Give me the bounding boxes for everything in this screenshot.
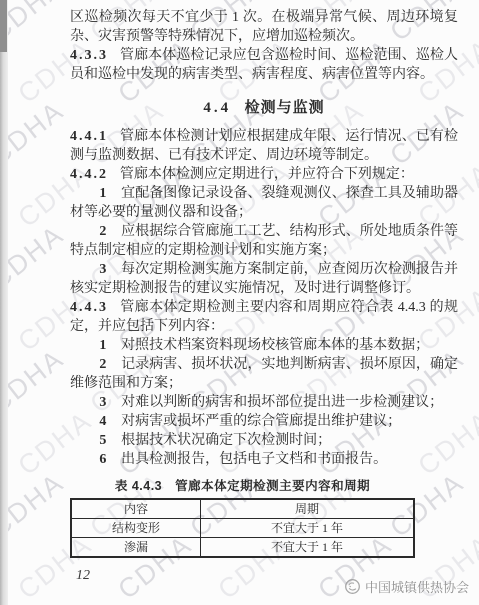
table-header-row: 内容 周期 [71,499,414,519]
clause-text: 管廊本体巡检记录应包含巡检时间、巡检范围、巡检人员和巡检中发现的病害类型、病害程… [70,48,458,82]
table-header-content: 内容 [71,499,201,519]
list-item: 1对照技术档案资料现场校核管廊本体的基本数据； [70,336,458,355]
scan-edge-shadow [0,0,7,52]
table-cell: 结构变形 [71,519,201,538]
paragraph-text: 区巡检频次每天不宜少于 1 次。在极端异常气候、周边环境复杂、灾害预警等特殊情况… [70,10,458,44]
cdha-logo-icon [344,578,361,595]
clause-4-4-3: 4.4.3管廊本体定期检测主要内容和周期应符合表 4.4.3 的规定，并应包括下… [70,298,458,336]
clause-number: 4.3.3 [70,48,108,63]
watermark-text: CDHA [0,95,70,171]
document-page: CDHACDHACDHACDHACDHACDHACDHACDHACDHACDHA… [0,0,479,605]
table-cell: 渗漏 [71,538,201,558]
clause-text: 管廊本体检测计划应根据建成年限、运行情况、已有检测与监测数据、已有技术评定、周边… [70,129,458,163]
item-number: 1 [99,186,106,201]
item-text: 出具检测报告，包括电子文档和书面报告。 [121,452,387,467]
item-text: 对照技术档案资料现场校核管廊本体的基本数据； [121,338,429,353]
clause-number: 4.4.3 [70,300,108,315]
section-number: 4.4 [203,100,231,116]
table-cell: 不宜大于 1 年 [201,538,414,558]
list-item: 2记录病害、损坏状况，实地判断病害、损坏原因，确定维修范围和方案； [70,355,458,393]
item-number: 6 [99,452,106,467]
item-number: 4 [99,414,106,429]
section-title: 检测与监测 [245,100,325,116]
clause-number: 4.4.2 [70,167,108,182]
table-row: 结构变形 不宜大于 1 年 [71,519,414,538]
list-item: 5根据技术状况确定下次检测时间； [70,431,458,450]
item-number: 1 [99,338,106,353]
item-number: 3 [99,395,106,410]
watermark-text: CDHA [0,0,70,48]
item-number: 2 [99,224,106,239]
item-text: 对难以判断的病害和损坏部位提出进一步检测建议； [121,395,443,410]
scan-edge [0,0,8,605]
item-text: 记录病害、损坏状况，实地判断病害、损坏原因，确定维修范围和方案； [70,357,458,391]
section-heading: 4.4检测与监测 [70,96,458,117]
table-caption: 表 4.4.3 管廊本体定期检测主要内容和周期 [70,476,415,494]
clause-4-4-2: 4.4.2管廊本体检测应定期进行，并应符合下列规定： [70,165,458,184]
watermark-text: CDHA [0,219,70,295]
clause-number: 4.4.1 [70,129,108,144]
list-item: 3对难以判断的病害和损坏部位提出进一步检测建议； [70,393,458,412]
table-cell: 不宜大于 1 年 [201,519,414,538]
table-row: 渗漏 不宜大于 1 年 [71,538,414,558]
list-item: 4对病害或损坏严重的综合管廊提出维护建议； [70,412,458,431]
list-item: 1宜配备图像记录设备、裂缝观测仪、探查工具及辅助器材等必要的量测仪器和设备； [70,184,458,222]
item-text: 每次定期检测实施方案制定前，应查阅历次检测报告并核实定期检测报告的建议实施情况，… [70,262,458,296]
watermark-text: CDHA [0,467,70,543]
clause-4-3-3: 4.3.3管廊本体巡检记录应包含巡检时间、巡检范围、巡检人员和巡检中发现的病害类… [70,46,458,84]
item-number: 2 [99,357,106,372]
list-item: 6出具检测报告，包括电子文档和书面报告。 [70,450,458,469]
watermark-text: CDHA [0,343,70,419]
item-text: 应根据综合管廊施工工艺、结构形式、所处地质条件等特点制定相应的定期检测计划和实施… [70,224,458,258]
item-text: 根据技术状况确定下次检测时间； [121,433,331,448]
item-number: 5 [99,433,106,448]
item-text: 宜配备图像记录设备、裂缝观测仪、探查工具及辅助器材等必要的量测仪器和设备； [70,186,458,220]
page-content: 区巡检频次每天不宜少于 1 次。在极端异常气候、周边环境复杂、灾害预警等特殊情况… [70,8,458,558]
list-item: 3每次定期检测实施方案制定前，应查阅历次检测报告并核实定期检测报告的建议实施情况… [70,260,458,298]
item-number: 3 [99,262,106,277]
footer: 中国城镇供热协会 [344,577,469,596]
list-item: 2应根据综合管廊施工工艺、结构形式、所处地质条件等特点制定相应的定期检测计划和实… [70,222,458,260]
page-number: 12 [76,568,90,584]
table-header-period: 周期 [201,499,414,519]
clause-text: 管廊本体定期检测主要内容和周期应符合表 4.4.3 的规定，并应包括下列内容： [70,300,458,334]
clause-4-4-1: 4.4.1管廊本体检测计划应根据建成年限、运行情况、已有检测与监测数据、已有技术… [70,127,458,165]
inspection-period-table: 内容 周期 结构变形 不宜大于 1 年 渗漏 不宜大于 1 年 [70,498,415,558]
item-text: 对病害或损坏严重的综合管廊提出维护建议； [121,414,401,429]
footer-org-name: 中国城镇供热协会 [365,577,469,596]
clause-text: 管廊本体检测应定期进行，并应符合下列规定： [120,167,414,182]
paragraph-continuation: 区巡检频次每天不宜少于 1 次。在极端异常气候、周边环境复杂、灾害预警等特殊情况… [70,8,458,46]
